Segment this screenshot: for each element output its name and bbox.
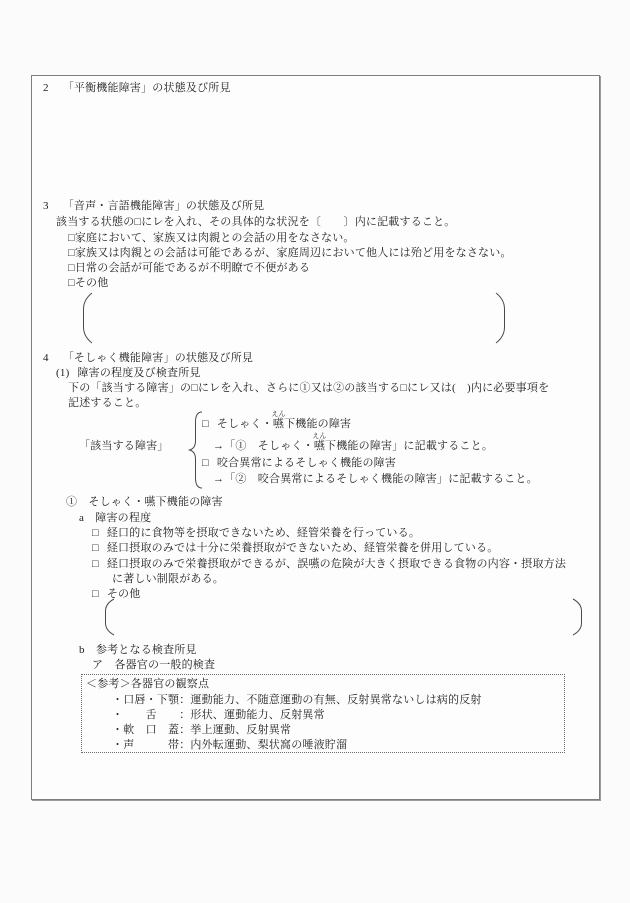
checkbox-icon: □ [202, 457, 209, 470]
voice-option-row: □家庭において、家族又は肉親との会話の用をなさない。 [68, 232, 355, 245]
note-post: 下機能の障害」に記載すること。 [325, 440, 493, 452]
subsection-number: (1) [56, 367, 69, 379]
section-number: 3 [43, 200, 49, 212]
document-page: 2「平衡機能障害」の状態及び所見 3「音声・言語機能障害」の状態及び所見 該当す… [0, 0, 630, 903]
reference-item: ・口唇・下顎：運動能力、不随意運動の有無、反射異常ないしは病的反射 [112, 694, 482, 707]
option-label: 経口的に食物等を摂取できないため、経管栄養を行っている。 [107, 527, 420, 539]
section-number: 2 [43, 82, 49, 94]
furigana-text: えん [312, 433, 326, 440]
checkbox-icon: □ [202, 418, 209, 431]
furigana-text: えん [271, 411, 285, 418]
section-number: 4 [43, 352, 49, 364]
option-label: 経口摂取のみで栄養摂取ができるが、誤嚥の危険が大きく摂取できる食物の内容・摂取方… [107, 558, 566, 570]
ruby-base: 嚥 [314, 440, 325, 452]
writein-paren-right-icon [494, 292, 508, 344]
writein-paren-left-icon [80, 292, 94, 344]
reference-item: ・軟 口 蓋：挙上運動、反射異常 [112, 724, 291, 737]
branch-option-swallowing: □そしゃく・えん嚥下機能の障害 [202, 418, 351, 431]
ruby-base: 嚥 [273, 418, 284, 430]
option-label: 咬合異常によるそしゃく機能の障害 [217, 457, 396, 469]
checkbox-icon: □ [92, 527, 99, 540]
voice-option-row: □その他 [68, 277, 108, 290]
checkbox-icon: □ [68, 262, 75, 275]
severity-option-row: □経口摂取のみでは十分に栄養摂取ができないため、経管栄養を併用している。 [92, 542, 498, 555]
checkbox-icon: □ [68, 277, 75, 290]
branch-option-occlusion: □咬合異常によるそしゃく機能の障害 [202, 457, 396, 470]
branch-option-swallowing-note: →「① そしゃく・えん嚥下機能の障害」に記載すること。 [213, 440, 493, 453]
ruby-wrap: えん嚥 [314, 440, 325, 453]
section-title: 「そしゃく機能障害」の状態及び所見 [63, 352, 253, 364]
option-label-pre: そしゃく・ [217, 418, 273, 430]
ruby-wrap: えん嚥 [273, 418, 284, 431]
mastication-instruction-line1: 下の「該当する障害」の□にレを入れ、さらに①又は②の該当する□にレ又は( )内に… [68, 382, 549, 395]
reference-item: ・声 帯：内外転運動、梨状窩の唾液貯溜 [112, 739, 347, 752]
voice-section-heading: 3「音声・言語機能障害」の状態及び所見 [43, 200, 264, 213]
balance-section-heading: 2「平衡機能障害」の状態及び所見 [43, 82, 231, 95]
checkbox-icon: □ [92, 558, 99, 571]
option-label: 家庭において、家族又は肉親との会話の用をなさない。 [75, 232, 355, 244]
reference-item: ・ 舌 ：形状、運動能力、反射異常 [112, 709, 325, 722]
branch-option-occlusion-note: →「② 咬合異常によるそしゃく機能の障害」に記載すること。 [213, 473, 538, 486]
item1-a-heading: a 障害の程度 [79, 512, 151, 525]
voice-option-row: □家族又は肉親との会話は可能であるが、家庭周辺において他人には殆ど用をなさない。 [68, 247, 512, 260]
item1-b-sub-heading: ア 各器官の一般的検査 [92, 659, 215, 672]
severity-option-row: □経口的に食物等を摂取できないため、経管栄養を行っている。 [92, 527, 420, 540]
reference-box-title: ＜参考＞各器官の観察点 [86, 678, 209, 691]
checkbox-icon: □ [92, 542, 99, 555]
severity-option-row: □経口摂取のみで栄養摂取ができるが、誤嚥の危険が大きく摂取できる食物の内容・摂取… [92, 558, 566, 571]
severity-option-row: □その他 [92, 588, 140, 601]
mastication-section-heading: 4「そしゃく機能障害」の状態及び所見 [43, 352, 253, 365]
note-pre: →「① そしゃく・ [213, 440, 314, 452]
voice-instruction: 該当する状態の□にレを入れ、その具体的な状況を〔 〕内に記載すること。 [56, 216, 456, 229]
option-label: 経口摂取のみでは十分に栄養摂取ができないため、経管栄養を併用している。 [107, 542, 499, 554]
section-title: 「平衡機能障害」の状態及び所見 [63, 82, 231, 94]
checkbox-icon: □ [68, 232, 75, 245]
mastication-instruction-line2: 記述すること。 [68, 397, 146, 410]
subsection-title: 障害の程度及び検査所見 [77, 367, 200, 379]
voice-option-row: □日常の会話が可能であるが不明瞭で不便がある [68, 262, 310, 275]
checkbox-icon: □ [68, 247, 75, 260]
option-label: その他 [75, 277, 109, 289]
writein-paren-right-icon [571, 598, 585, 636]
option-label: 家族又は肉親との会話は可能であるが、家庭周辺において他人には殆ど用をなさない。 [75, 247, 512, 259]
checkbox-icon: □ [92, 588, 99, 601]
writein-paren-left-icon [102, 598, 116, 636]
applicable-disability-label: 「該当する障害」 [79, 440, 169, 453]
option-label: 日常の会話が可能であるが不明瞭で不便がある [75, 262, 310, 274]
item1-heading: ① そしゃく・嚥下機能の障害 [66, 496, 223, 509]
mastication-sub1-heading: (1)障害の程度及び検査所見 [56, 367, 201, 380]
severity-option-continuation: に著しい制限がある。 [112, 573, 224, 586]
section-title: 「音声・言語機能障害」の状態及び所見 [63, 200, 265, 212]
option-label-post: 下機能の障害 [284, 418, 351, 430]
item1-b-heading: b 参考となる検査所見 [79, 644, 197, 657]
